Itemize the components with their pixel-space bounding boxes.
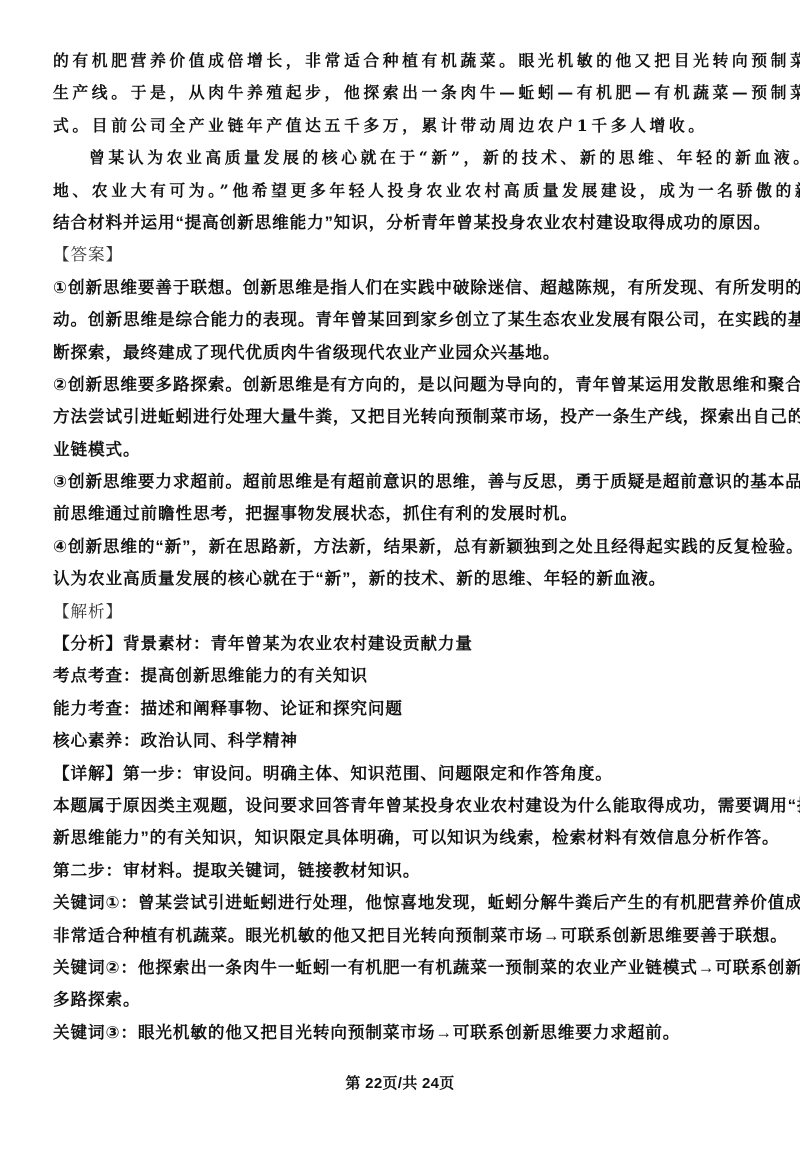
material-passage: 的有机肥营养价值成倍增长，非常适合种植有机蔬菜。眼光机敏的他又把目光转向预制菜市… (53, 45, 753, 207)
analysis-line: 考点考查：提高创新思维能力的有关知识 (53, 660, 753, 692)
material-line: 地、农业大有可为。”他希望更多年轻人投身农业农村高质量发展建设，成为一名骄傲的新… (53, 175, 753, 207)
answer-line: 业链模式。 (53, 434, 753, 466)
analysis-line: 新思维能力”的有关知识，知识限定具体明确，可以知识为线索，检索材料有效信息分析作… (53, 822, 753, 854)
question-text: 结合材料并运用“提高创新思维能力”知识，分析青年曾某投身农业农村建设取得成功的原… (53, 207, 753, 239)
answer-line: 方法尝试引进蚯蚓进行处理大量牛粪，又把目光转向预制菜市场，投产一条生产线，探索出… (53, 401, 753, 433)
answer-line: 认为农业高质量发展的核心就在于“新”，新的技术、新的思维、年轻的新血液。 (53, 563, 753, 595)
answer-line: 动。创新思维是综合能力的表现。青年曾某回到家乡创立了某生态农业发展有限公司，在实… (53, 304, 753, 336)
analysis-heading: 【解析】 (53, 596, 753, 628)
material-line: 式。目前公司全产业链年产值达五千多万，累计带动周边农户1千多人增收。 (53, 110, 753, 142)
analysis-line: 本题属于原因类主观题，设问要求回答青年曾某投身农业农村建设为什么能取得成功，需要… (53, 790, 753, 822)
material-line: 曾某认为农业高质量发展的核心就在于“新”，新的技术、新的思维、年轻的新血液。“农… (53, 142, 753, 174)
answer-line: ①创新思维要善于联想。创新思维是指人们在实践中破除迷信、超越陈规，有所发现、有所… (53, 272, 753, 304)
analysis-line: 【分析】背景素材：青年曾某为农业农村建设贡献力量 (53, 628, 753, 660)
analysis-line: 第二步：审材料。提取关键词，链接教材知识。 (53, 855, 753, 887)
analysis-line: 能力考查：描述和阐释事物、论证和探究问题 (53, 693, 753, 725)
analysis-line: 非常适合种植有机蔬菜。眼光机敏的他又把目光转向预制菜市场→可联系创新思维要善于联… (53, 920, 753, 952)
material-line: 的有机肥营养价值成倍增长，非常适合种植有机蔬菜。眼光机敏的他又把目光转向预制菜市… (53, 45, 753, 77)
analysis-line: 关键词①：曾某尝试引进蚯蚓进行处理，他惊喜地发现，蚯蚓分解牛粪后产生的有机肥营养… (53, 887, 753, 919)
answer-line: ④创新思维的“新”，新在思路新，方法新，结果新，总有新颖独到之处且经得起实践的反… (53, 531, 753, 563)
analysis-line: 关键词③：眼光机敏的他又把目光转向预制菜市场→可联系创新思维要力求超前。 (53, 1017, 753, 1049)
answer-line: 前思维通过前瞻性思考，把握事物发展状态，抓住有利的发展时机。 (53, 498, 753, 530)
material-line: 生产线。于是，从肉牛养殖起步，他探索出一条肉牛—蚯蚓—有机肥—有机蔬菜—预制菜的… (53, 77, 753, 109)
analysis-line: 多路探索。 (53, 984, 753, 1016)
analysis-body: 【分析】背景素材：青年曾某为农业农村建设贡献力量 考点考查：提高创新思维能力的有… (53, 628, 753, 1049)
answer-line: 断探索，最终建成了现代优质肉牛省级现代农业产业园众兴基地。 (53, 337, 753, 369)
answer-line: ②创新思维要多路探索。创新思维是有方向的，是以问题为导向的，青年曾某运用发散思维… (53, 369, 753, 401)
page-number: 第 22页/共 24页 (0, 1072, 800, 1093)
analysis-line: 核心素养：政治认同、科学精神 (53, 725, 753, 757)
analysis-line: 关键词②：他探索出一条肉牛一蚯蚓一有机肥一有机蔬菜一预制菜的农业产业链模式→可联… (53, 952, 753, 984)
document-page: 的有机肥营养价值成倍增长，非常适合种植有机蔬菜。眼光机敏的他又把目光转向预制菜市… (53, 45, 753, 1049)
answer-body: ①创新思维要善于联想。创新思维是指人们在实践中破除迷信、超越陈规，有所发现、有所… (53, 272, 753, 596)
answer-heading: 【答案】 (53, 239, 753, 271)
analysis-line: 【详解】第一步：审设问。明确主体、知识范围、问题限定和作答角度。 (53, 758, 753, 790)
answer-line: ③创新思维要力求超前。超前思维是有超前意识的思维，善与反思，勇于质疑是超前意识的… (53, 466, 753, 498)
